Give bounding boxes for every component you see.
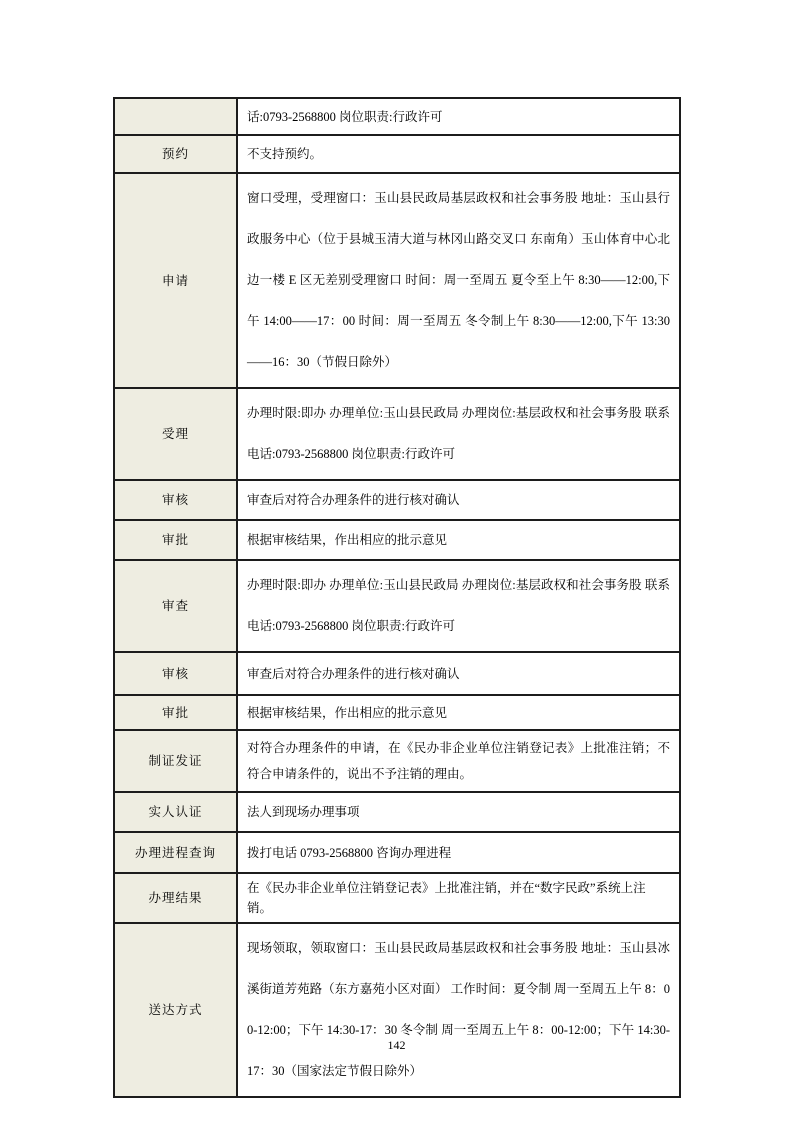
table-row: 预约不支持预约。 [114, 135, 680, 173]
table-row: 送达方式现场领取，领取窗口：玉山县民政局基层政权和社会事务股 地址：玉山县冰溪街… [114, 923, 680, 1097]
row-content: 拨打电话 0793-2568800 咨询办理进程 [237, 832, 680, 873]
row-content: 对符合办理条件的申请，在《民办非企业单位注销登记表》上批准注销；不符合申请条件的… [237, 730, 680, 792]
row-label: 办理结果 [114, 873, 237, 923]
table-row: 审核审查后对符合办理条件的进行核对确认 [114, 480, 680, 520]
row-content: 不支持预约。 [237, 135, 680, 173]
table-row: 申请窗口受理，受理窗口：玉山县民政局基层政权和社会事务股 地址：玉山县行政服务中… [114, 173, 680, 388]
row-label: 送达方式 [114, 923, 237, 1097]
row-label: 审批 [114, 520, 237, 560]
row-label: 办理进程查询 [114, 832, 237, 873]
row-content: 根据审核结果，作出相应的批示意见 [237, 520, 680, 560]
table-row: 受理办理时限:即办 办理单位:玉山县民政局 办理岗位:基层政权和社会事务股 联系… [114, 388, 680, 480]
row-content: 审查后对符合办理条件的进行核对确认 [237, 480, 680, 520]
procedure-table-body: 话:0793-2568800 岗位职责:行政许可预约不支持预约。申请窗口受理，受… [114, 98, 680, 1097]
document-page: 话:0793-2568800 岗位职责:行政许可预约不支持预约。申请窗口受理，受… [0, 0, 793, 1122]
table-row: 审查办理时限:即办 办理单位:玉山县民政局 办理岗位:基层政权和社会事务股 联系… [114, 560, 680, 652]
row-label: 审核 [114, 652, 237, 695]
row-content: 窗口受理，受理窗口：玉山县民政局基层政权和社会事务股 地址：玉山县行政服务中心（… [237, 173, 680, 388]
table-row: 审批根据审核结果，作出相应的批示意见 [114, 695, 680, 730]
row-label: 申请 [114, 173, 237, 388]
row-content: 现场领取，领取窗口：玉山县民政局基层政权和社会事务股 地址：玉山县冰溪街道芳苑路… [237, 923, 680, 1097]
procedure-table: 话:0793-2568800 岗位职责:行政许可预约不支持预约。申请窗口受理，受… [113, 97, 681, 1098]
row-content: 办理时限:即办 办理单位:玉山县民政局 办理岗位:基层政权和社会事务股 联系电话… [237, 560, 680, 652]
table-row: 办理结果在《民办非企业单位注销登记表》上批准注销，并在“数字民政”系统上注销。 [114, 873, 680, 923]
table-row: 审批根据审核结果，作出相应的批示意见 [114, 520, 680, 560]
table-row: 审核审查后对符合办理条件的进行核对确认 [114, 652, 680, 695]
table-row: 制证发证对符合办理条件的申请，在《民办非企业单位注销登记表》上批准注销；不符合申… [114, 730, 680, 792]
table-row: 办理进程查询拨打电话 0793-2568800 咨询办理进程 [114, 832, 680, 873]
row-content: 办理时限:即办 办理单位:玉山县民政局 办理岗位:基层政权和社会事务股 联系电话… [237, 388, 680, 480]
row-content: 根据审核结果，作出相应的批示意见 [237, 695, 680, 730]
row-content: 话:0793-2568800 岗位职责:行政许可 [237, 98, 680, 135]
row-label: 制证发证 [114, 730, 237, 792]
page-number: 142 [0, 1038, 793, 1053]
table-row: 实人认证法人到现场办理事项 [114, 792, 680, 832]
row-label: 预约 [114, 135, 237, 173]
table-row: 话:0793-2568800 岗位职责:行政许可 [114, 98, 680, 135]
row-label [114, 98, 237, 135]
row-content: 审查后对符合办理条件的进行核对确认 [237, 652, 680, 695]
row-label: 实人认证 [114, 792, 237, 832]
row-label: 受理 [114, 388, 237, 480]
row-content: 法人到现场办理事项 [237, 792, 680, 832]
row-label: 审核 [114, 480, 237, 520]
row-label: 审批 [114, 695, 237, 730]
row-content: 在《民办非企业单位注销登记表》上批准注销，并在“数字民政”系统上注销。 [237, 873, 680, 923]
row-label: 审查 [114, 560, 237, 652]
